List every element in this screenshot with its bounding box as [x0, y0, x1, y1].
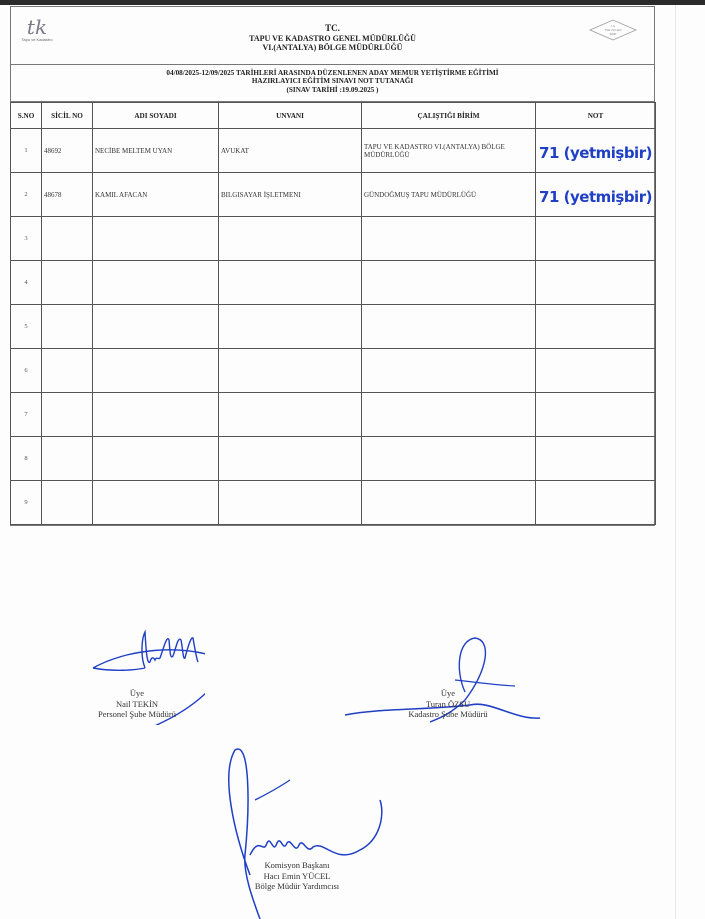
col-header-not: NOT — [536, 103, 656, 129]
cell-sno: 6 — [11, 349, 42, 393]
cell-birim — [362, 349, 536, 393]
document-frame: tk Tapu ve Kadastro TC. TAPU VE KADASTRO… — [10, 6, 655, 526]
cell-not — [536, 305, 656, 349]
table-row: 7 — [11, 393, 656, 437]
svg-text:9000: 9000 — [610, 32, 617, 36]
cell-sno: 4 — [11, 261, 42, 305]
signature-block-member2: Üye Turan ÖZSU Kadastro Şube Müdürü — [378, 688, 518, 720]
cell-name: KAMIL AFACAN — [93, 173, 219, 217]
cell-unvan: AVUKAT — [219, 129, 362, 173]
col-header-unvan: UNVANI — [219, 103, 362, 129]
member1-title: Personel Şube Müdürü — [72, 709, 202, 720]
cell-birim: TAPU VE KADASTRO VI.(ANTALYA) BÖLGE MÜDÜ… — [362, 129, 536, 173]
header-titles: TC. TAPU VE KADASTRO GENEL MÜDÜRLÜĞÜ VI.… — [11, 7, 654, 53]
cell-birim — [362, 437, 536, 481]
grades-table: S.NO SİCİL NO ADI SOYADI UNVANI ÇALIŞTIĞ… — [10, 102, 656, 525]
member2-role: Üye — [378, 688, 518, 699]
chair-name: Hacı Emin YÜCEL — [232, 871, 362, 882]
title-line-2: HAZIRLAYICI EĞİTİM SINAVI NOT TUTANAĞI — [11, 77, 654, 85]
cell-not — [536, 437, 656, 481]
cell-unvan — [219, 481, 362, 525]
signature-block-chair: Komisyon Başkanı Hacı Emin YÜCEL Bölge M… — [232, 860, 362, 892]
cell-not — [536, 261, 656, 305]
cell-name — [93, 261, 219, 305]
cell-name — [93, 349, 219, 393]
cell-sno: 7 — [11, 393, 42, 437]
top-bar — [0, 0, 705, 5]
table-row: 3 — [11, 217, 656, 261]
signature-member2-icon — [340, 630, 540, 740]
document-title: 04/08/2025-12/09/2025 TARİHLERİ ARASINDA… — [11, 65, 654, 102]
member1-role: Üye — [72, 688, 202, 699]
cell-birim — [362, 261, 536, 305]
cell-sicil: 48678 — [42, 173, 93, 217]
cell-not: 71 (yetmişbir) — [536, 129, 656, 173]
header-line-ministry: TAPU VE KADASTRO GENEL MÜDÜRLÜĞÜ — [11, 34, 654, 44]
cell-unvan — [219, 393, 362, 437]
table-header-row: S.NO SİCİL NO ADI SOYADI UNVANI ÇALIŞTIĞ… — [11, 103, 656, 129]
cell-sicil — [42, 481, 93, 525]
cell-sno: 2 — [11, 173, 42, 217]
member2-name: Turan ÖZSU — [378, 699, 518, 710]
cell-name — [93, 437, 219, 481]
cell-unvan — [219, 437, 362, 481]
handwritten-grade: 71 (yetmişbir) — [539, 144, 652, 162]
cell-sicil — [42, 393, 93, 437]
cell-not — [536, 393, 656, 437]
cell-not — [536, 481, 656, 525]
cell-name — [93, 481, 219, 525]
table-row: 8 — [11, 437, 656, 481]
col-header-sicil: SİCİL NO — [42, 103, 93, 129]
cell-birim — [362, 481, 536, 525]
cell-sicil: 48692 — [42, 129, 93, 173]
cell-unvan: BILGISAYAR İŞLETMENI — [219, 173, 362, 217]
col-header-name: ADI SOYADI — [93, 103, 219, 129]
title-line-3: (SINAV TARİHİ :19.09.2025 ) — [11, 86, 654, 94]
table-row: 5 — [11, 305, 656, 349]
header-line-region: VI.(ANTALYA) BÖLGE MÜDÜRLÜĞÜ — [11, 43, 654, 53]
signature-chair-icon — [215, 745, 415, 919]
cell-not — [536, 217, 656, 261]
cell-name — [93, 393, 219, 437]
cell-unvan — [219, 305, 362, 349]
col-header-birim: ÇALIŞTIĞI BİRİM — [362, 103, 536, 129]
cell-sno: 9 — [11, 481, 42, 525]
cell-sno: 5 — [11, 305, 42, 349]
cell-birim — [362, 305, 536, 349]
cell-not — [536, 349, 656, 393]
member1-name: Nail TEKİN — [72, 699, 202, 710]
cell-sno: 1 — [11, 129, 42, 173]
handwritten-grade: 71 (yetmişbir) — [539, 188, 652, 206]
table-row: 4 — [11, 261, 656, 305]
cell-name — [93, 305, 219, 349]
cell-name: NECİBE MELTEM UYAN — [93, 129, 219, 173]
cell-sicil — [42, 305, 93, 349]
cell-birim — [362, 393, 536, 437]
table-row: 248678KAMIL AFACANBILGISAYAR İŞLETMENIGÜ… — [11, 173, 656, 217]
cell-sno: 3 — [11, 217, 42, 261]
cell-sicil — [42, 261, 93, 305]
cell-birim — [362, 217, 536, 261]
cell-name — [93, 217, 219, 261]
cell-sicil — [42, 217, 93, 261]
cell-sicil — [42, 349, 93, 393]
table-row: 148692NECİBE MELTEM UYANAVUKATTAPU VE KA… — [11, 129, 656, 173]
cell-not: 71 (yetmişbir) — [536, 173, 656, 217]
cell-unvan — [219, 217, 362, 261]
chair-role: Komisyon Başkanı — [232, 860, 362, 871]
document-header: tk Tapu ve Kadastro TC. TAPU VE KADASTRO… — [11, 7, 654, 65]
cell-unvan — [219, 349, 362, 393]
chair-title: Bölge Müdür Yardımcısı — [232, 881, 362, 892]
page-edge — [675, 5, 676, 919]
member2-title: Kadastro Şube Müdürü — [378, 709, 518, 720]
iso-certificate-icon: I.S TSE ISO EN 9000 — [589, 19, 637, 41]
table-row: 6 — [11, 349, 656, 393]
signature-block-member1: Üye Nail TEKİN Personel Şube Müdürü — [72, 688, 202, 720]
cell-unvan — [219, 261, 362, 305]
col-header-sno: S.NO — [11, 103, 42, 129]
header-line-tc: TC. — [11, 24, 654, 34]
table-row: 9 — [11, 481, 656, 525]
cell-birim: GÜNDOĞMUŞ TAPU MÜDÜRLÜĞÜ — [362, 173, 536, 217]
cell-sicil — [42, 437, 93, 481]
cell-sno: 8 — [11, 437, 42, 481]
